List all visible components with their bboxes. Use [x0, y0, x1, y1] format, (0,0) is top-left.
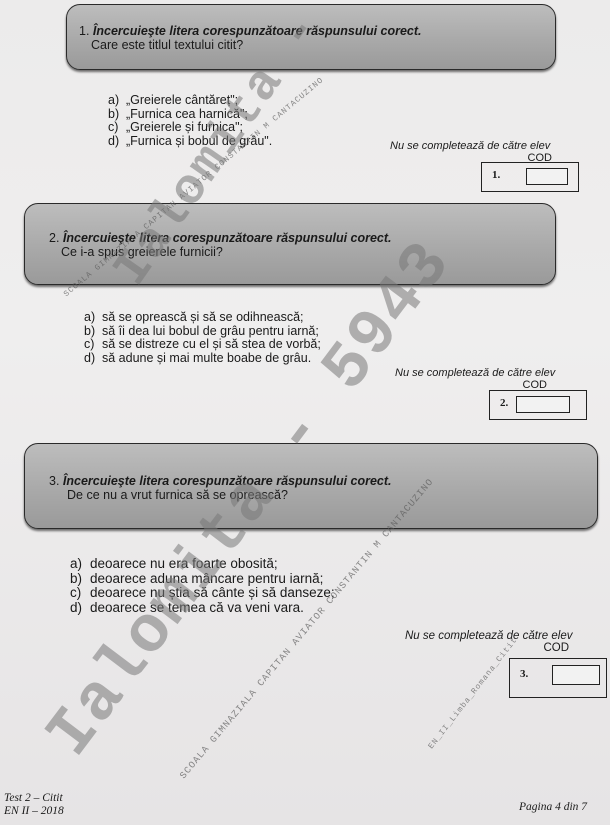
option-c[interactable]: c)deoarece nu știa să cânte și să dansez…	[70, 586, 335, 601]
question-2-code-box: 2.	[489, 390, 587, 420]
exam-name: EN II – 2018	[4, 805, 64, 818]
option-b[interactable]: b)deoarece aduna mâncare pentru iarnă;	[70, 572, 335, 587]
footer-test-info: Test 2 – Citit EN II – 2018	[4, 792, 64, 818]
question-3-text: De ce nu a vrut furnica să se oprească?	[67, 488, 288, 502]
option-d[interactable]: d)„Furnica și bobul de grâu".	[108, 135, 272, 149]
question-3-banner: 3. Încercuieşte litera corespunzătoare r…	[24, 443, 598, 529]
option-a[interactable]: a)deoarece nu era foarte obosită;	[70, 557, 335, 572]
option-b[interactable]: b)să îi dea lui bobul de grâu pentru iar…	[84, 325, 321, 339]
exam-page: 1. Încercuieşte litera corespunzătoare r…	[0, 0, 610, 825]
question-1-code-area: Nu se completează de către elev COD	[390, 140, 610, 164]
option-c[interactable]: c)„Greierele și furnica";	[108, 121, 272, 135]
option-c[interactable]: c)să se distreze cu el și să stea de vor…	[84, 338, 321, 352]
code-label: COD	[405, 642, 569, 654]
option-a[interactable]: a)„Greierele cântăreț";	[108, 94, 272, 108]
question-2-text: Ce i-a spus greierele furnicii?	[61, 245, 223, 259]
page-number: Pagina 4 din 7	[519, 801, 587, 813]
question-3-code-area: Nu se completează de către elev COD	[405, 630, 610, 654]
test-name: Test 2 – Citit	[4, 792, 64, 805]
option-d[interactable]: d)deoarece se temea că va veni vara.	[70, 601, 335, 616]
code-input-2[interactable]	[516, 396, 570, 413]
question-1-options: a)„Greierele cântăreț"; b)„Furnica cea h…	[108, 94, 272, 148]
code-note: Nu se completează de către elev	[390, 140, 610, 152]
question-2-options: a)să se oprească și să se odihnească; b)…	[84, 311, 321, 365]
option-b[interactable]: b)„Furnica cea harnică";	[108, 108, 272, 122]
question-1-instruction: 1. Încercuieşte litera corespunzătoare r…	[79, 24, 422, 38]
option-d[interactable]: d)să adune și mai multe boabe de grâu.	[84, 352, 321, 366]
question-3-instruction: 3. Încercuieşte litera corespunzătoare r…	[49, 474, 392, 488]
question-1-banner: 1. Încercuieşte litera corespunzătoare r…	[66, 4, 556, 70]
code-input-1[interactable]	[526, 168, 568, 185]
code-note: Nu se completează de către elev	[405, 630, 610, 642]
question-3-code-box: 3.	[509, 658, 607, 698]
question-1-text: Care este titlul textului citit?	[91, 38, 243, 52]
question-1-code-box: 1.	[481, 162, 579, 192]
question-2-instruction: 2. Încercuieşte litera corespunzătoare r…	[49, 231, 392, 245]
question-3-options: a)deoarece nu era foarte obosită; b)deoa…	[70, 557, 335, 615]
question-2-banner: 2. Încercuieşte litera corespunzătoare r…	[24, 203, 556, 285]
option-a[interactable]: a)să se oprească și să se odihnească;	[84, 311, 321, 325]
question-2-code-area: Nu se completează de către elev COD	[395, 367, 610, 391]
code-input-3[interactable]	[552, 665, 600, 685]
code-note: Nu se completează de către elev	[395, 367, 610, 379]
